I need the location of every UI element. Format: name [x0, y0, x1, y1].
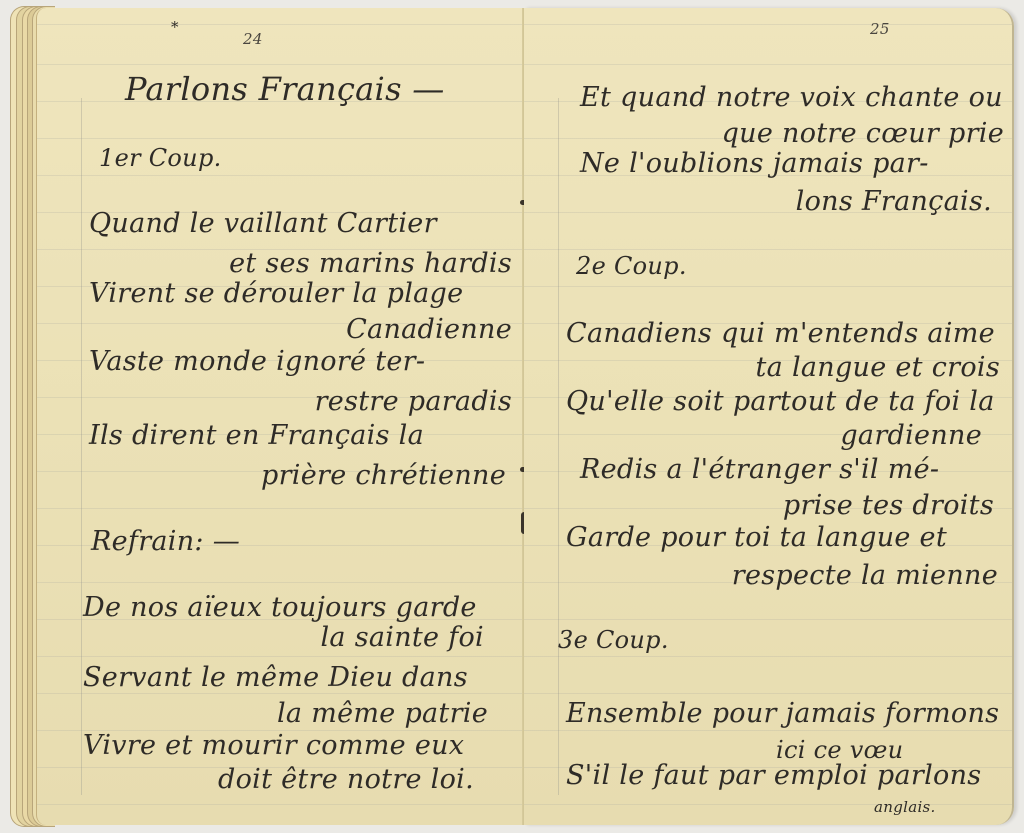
page-title: Parlons Français —: [125, 70, 445, 108]
verse-line: prise tes droits: [783, 490, 994, 521]
corner-mark: *: [171, 18, 179, 36]
verse-line: Qu'elle soit partout de ta foi la: [566, 386, 995, 417]
verse-line: Virent se dérouler la plage: [89, 278, 463, 309]
verse-line: prière chrétienne: [261, 460, 506, 491]
verse-heading: 2e Coup.: [576, 252, 687, 280]
margin-line: [81, 98, 82, 795]
verse-line: Redis a l'étranger s'il mé-: [580, 454, 939, 485]
page-number: 25: [870, 20, 890, 38]
refrain-line: Vivre et mourir comme eux: [83, 730, 464, 761]
verse-line: S'il le faut par emploi parlons: [566, 760, 981, 791]
verse-line: Ils dirent en Français la: [89, 420, 424, 451]
refrain-heading: Refrain: —: [91, 526, 240, 557]
refrain-line: Servant le même Dieu dans: [83, 662, 468, 693]
verse-line: et ses marins hardis: [229, 248, 512, 279]
refrain-line: la même patrie: [277, 698, 488, 729]
verse-line: lons Français.: [796, 186, 992, 217]
verse-line: ta langue et crois: [756, 352, 1000, 383]
verse-line: respecte la mienne: [732, 560, 998, 591]
right-page: 25 Et quand notre voix chante ou que not…: [524, 8, 1014, 825]
verse-line: Vaste monde ignoré ter-: [89, 346, 425, 377]
verse-line: Et quand notre voix chante ou: [580, 82, 1003, 113]
verse-line: Ensemble pour jamais formons: [566, 698, 999, 729]
verse-line: gardienne: [840, 420, 982, 451]
verse-line: que notre cœur prie: [722, 118, 1004, 149]
notebook-scan: * 24 Parlons Français — 1er Coup. Quand …: [0, 0, 1024, 833]
verse-line: Quand le vaillant Cartier: [89, 208, 437, 239]
refrain-line: la sainte foi: [321, 622, 485, 653]
verse-line: Ne l'oublions jamais par-: [580, 148, 929, 179]
margin-line: [558, 98, 559, 795]
verse-line: Canadiens qui m'entends aime: [566, 318, 995, 349]
refrain-line: De nos aïeux toujours garde: [83, 592, 477, 623]
verse-heading: 1er Coup.: [99, 144, 222, 172]
verse-line: restre paradis: [315, 386, 512, 417]
verse-line: Canadienne: [346, 314, 512, 345]
verse-line: Garde pour toi ta langue et: [566, 522, 947, 553]
left-page: * 24 Parlons Français — 1er Coup. Quand …: [36, 8, 524, 825]
refrain-line: doit être notre loi.: [218, 764, 474, 795]
page-number: 24: [243, 30, 263, 48]
verse-heading: 3e Coup.: [558, 626, 669, 654]
verse-line-annotation: anglais.: [874, 798, 936, 816]
